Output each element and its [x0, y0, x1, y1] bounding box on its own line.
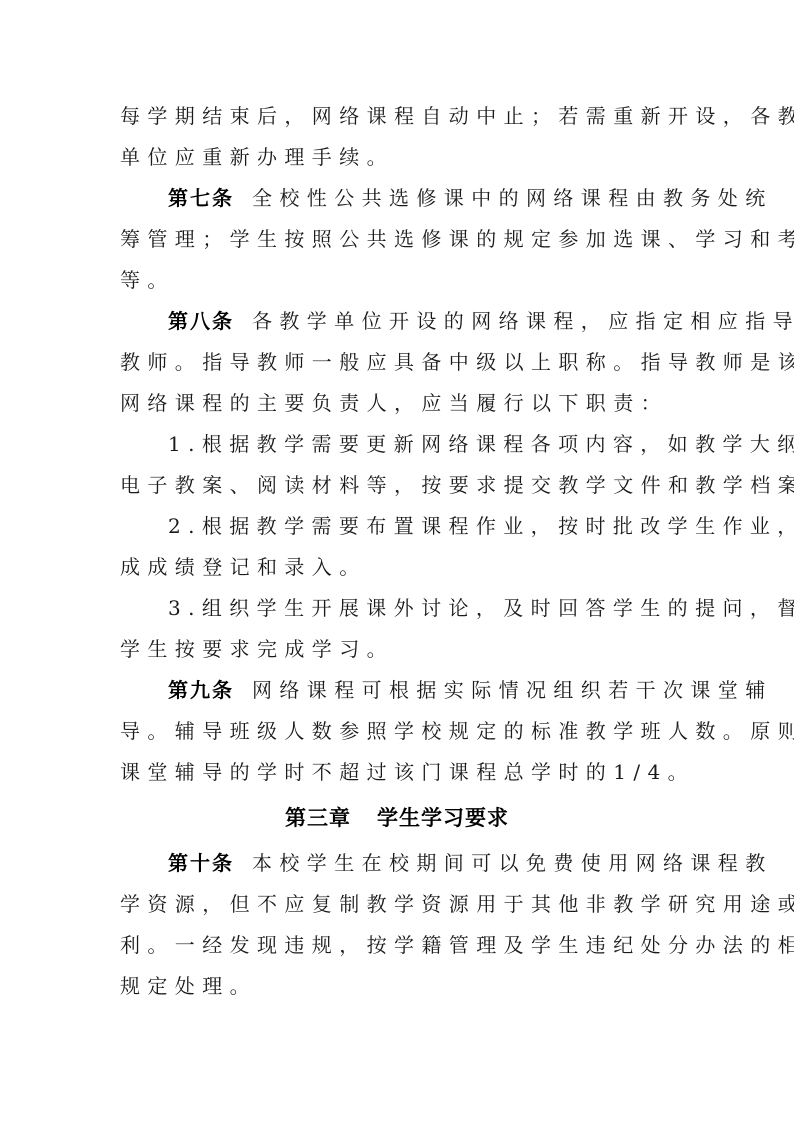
- article-number: 第八条: [168, 309, 234, 333]
- list-item-3: 3.组织学生开展课外讨论，及时回答学生的提问，督促: [120, 588, 674, 629]
- article-8: 第八条各教学单位开设的网络课程，应指定相应指导: [120, 301, 674, 342]
- article-text: 本校学生在校期间可以免费使用网络课程教: [252, 851, 773, 875]
- chapter-number: 第三章: [285, 806, 351, 830]
- body-line: 学生按要求完成学习。: [120, 629, 674, 670]
- body-line: 单位应重新办理手续。: [120, 137, 674, 178]
- document-page: 每学期结束后，网络课程自动中止；若需重新开设，各教学 单位应重新办理手续。 第七…: [120, 96, 674, 1007]
- body-line: 教师。指导教师一般应具备中级以上职称。指导教师是该门: [120, 342, 674, 383]
- article-text: 各教学单位开设的网络课程，应指定相应指导: [252, 309, 794, 333]
- article-10: 第十条本校学生在校期间可以免费使用网络课程教: [120, 843, 674, 884]
- body-line: 学资源，但不应复制教学资源用于其他非教学研究用途或盈: [120, 884, 674, 925]
- list-item-1: 1.根据教学需要更新网络课程各项内容，如教学大纲、: [120, 424, 674, 465]
- body-line: 课堂辅导的学时不超过该门课程总学时的1/4。: [120, 752, 674, 793]
- article-9: 第九条网络课程可根据实际情况组织若干次课堂辅: [120, 670, 674, 711]
- article-text: 全校性公共选修课中的网络课程由教务处统: [252, 186, 773, 210]
- body-line: 每学期结束后，网络课程自动中止；若需重新开设，各教学: [120, 96, 674, 137]
- body-line: 网络课程的主要负责人，应当履行以下职责：: [120, 383, 674, 424]
- body-line: 成成绩登记和录入。: [120, 547, 674, 588]
- article-number: 第七条: [168, 186, 234, 210]
- article-number: 第九条: [168, 678, 234, 702]
- body-line: 导。辅导班级人数参照学校规定的标准教学班人数。原则上，: [120, 711, 674, 752]
- article-number: 第十条: [168, 851, 234, 875]
- article-text: 网络课程可根据实际情况组织若干次课堂辅: [252, 678, 773, 702]
- body-line: 规定处理。: [120, 966, 674, 1007]
- article-7: 第七条全校性公共选修课中的网络课程由教务处统: [120, 178, 674, 219]
- list-item-2: 2.根据教学需要布置课程作业，按时批改学生作业，完: [120, 506, 674, 547]
- body-line: 利。一经发现违规，按学籍管理及学生违纪处分办法的相关: [120, 925, 674, 966]
- chapter-title: 学生学习要求: [377, 806, 509, 830]
- body-line: 电子教案、阅读材料等，按要求提交教学文件和教学档案。: [120, 465, 674, 506]
- chapter-heading: 第三章学生学习要求: [120, 793, 674, 843]
- body-line: 等。: [120, 260, 674, 301]
- body-line: 筹管理；学生按照公共选修课的规定参加选课、学习和考核: [120, 219, 674, 260]
